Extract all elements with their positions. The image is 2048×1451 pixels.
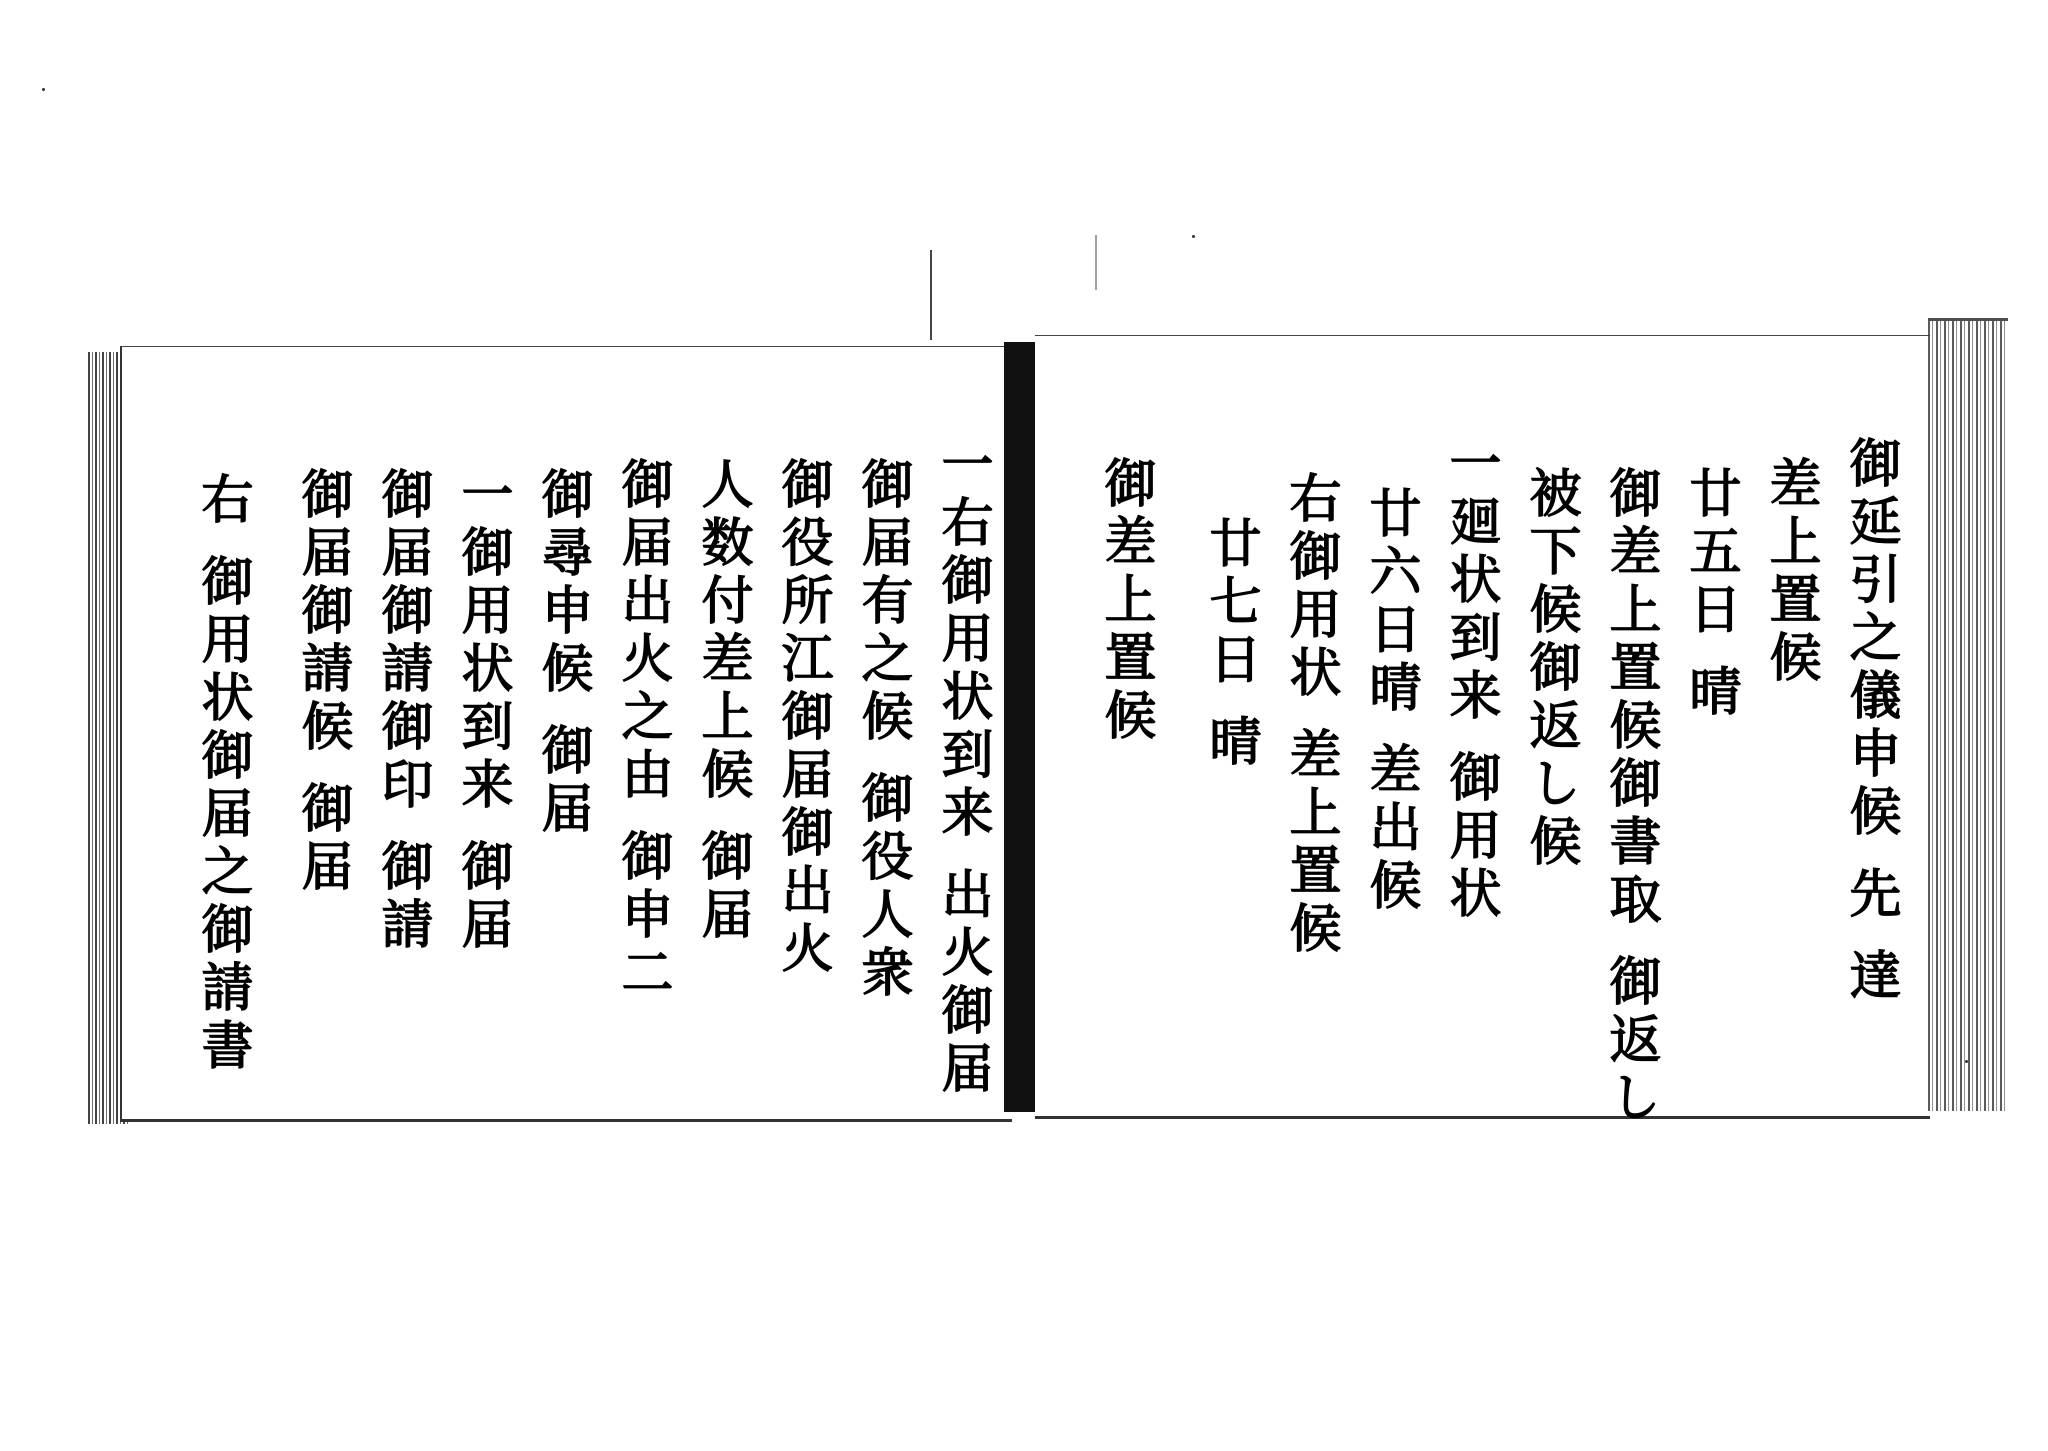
text-column: 一廻状到来 御用状 — [1440, 436, 1500, 924]
scan-speck — [1965, 1060, 1968, 1063]
text-column: 御届御請候 御届 — [292, 467, 352, 897]
text-column: 一御用状到来 御届 — [452, 467, 512, 955]
scan-speck — [42, 88, 45, 91]
manuscript-spread: 一右御用状到来 出火御届 御届有之候 御役人衆 御役所江御届御出火 人数付差上候… — [0, 0, 2048, 1451]
book-edge-right — [1928, 318, 2008, 1111]
book-spine — [1004, 342, 1036, 1112]
text-column: 御届出火之由 御申二 — [612, 457, 672, 1003]
text-column: 御差上置候 — [1095, 456, 1155, 746]
text-column: 右 御用状御届之御請書 — [192, 472, 252, 1076]
text-column: 廿六日晴 差出候 — [1360, 486, 1420, 916]
text-column: 廿七日 晴 — [1200, 516, 1260, 772]
registration-line — [1095, 235, 1097, 290]
text-column: 被下候御返し候 — [1520, 466, 1580, 872]
text-column: 右御用状 差上置候 — [1280, 471, 1340, 959]
right-page: 御延引之儀申候 先 達 差上置候 廿五日 晴 御差上置候御書取 御返し 被下候御… — [1035, 335, 1930, 1119]
registration-line — [930, 250, 932, 340]
scan-speck — [1192, 235, 1195, 238]
text-column: 差上置候 — [1760, 456, 1820, 688]
text-column: 廿五日 晴 — [1680, 466, 1740, 722]
text-column: 御延引之儀申候 先 達 — [1840, 436, 1900, 1006]
text-column: 御届御請御印 御請 — [372, 467, 432, 955]
text-column: 御届有之候 御役人衆 — [852, 457, 912, 1003]
left-page: 一右御用状到来 出火御届 御届有之候 御役人衆 御役所江御届御出火 人数付差上候… — [120, 346, 1012, 1122]
text-column: 御尋申候 御届 — [532, 467, 592, 839]
text-column: 人数付差上候 御届 — [692, 457, 752, 945]
text-column: 御差上置候御書取 御返し — [1600, 466, 1660, 1128]
text-column: 一右御用状到来 出火御届 — [932, 437, 992, 1099]
text-column: 御役所江御届御出火 — [772, 457, 832, 979]
